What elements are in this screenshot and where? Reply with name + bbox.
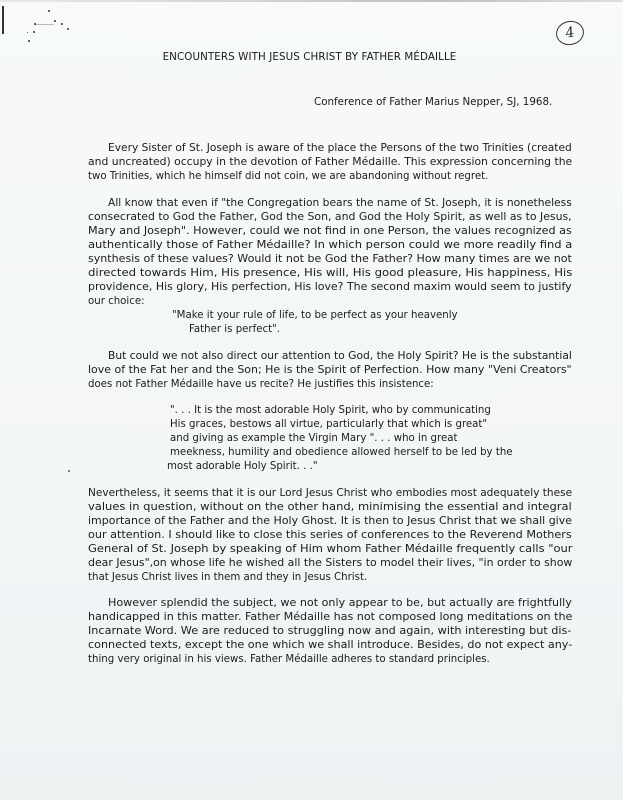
text-line: importance of the Father and the Holy Gh…: [88, 515, 572, 529]
quote-line: most adorable Holy Spirit. . .": [167, 460, 318, 474]
quote-line: Father is perfect".: [189, 323, 280, 337]
text-line: thing very original in his views. Father…: [88, 653, 490, 667]
document-subtitle: Conference of Father Marius Nepper, SJ, …: [314, 96, 552, 108]
page-left-edge-mark: [2, 6, 4, 34]
text-line: love of the Fat her and the Son; He is t…: [88, 364, 572, 378]
quote-line: meekness, humility and obedience allowed…: [170, 446, 513, 460]
text-line: values in question, without on the other…: [88, 501, 572, 515]
document-title: ENCOUNTERS WITH JESUS CHRIST BY FATHER M…: [0, 51, 621, 63]
text-line: All know that even if "the Congregation …: [108, 197, 572, 211]
quote-line: His graces, bestows all virtue, particul…: [170, 418, 487, 432]
text-line: synthesis of these values? Would it not …: [88, 253, 572, 267]
text-line: dear Jesus",on whose life he wished all …: [88, 557, 572, 571]
text-line: directed towards Him, His presence, His …: [88, 267, 572, 281]
handwritten-page-number: 4: [554, 18, 586, 47]
quote-line: and giving as example the Virgin Mary ".…: [170, 432, 457, 446]
text-line: However splendid the subject, we not onl…: [108, 597, 572, 611]
text-line: our attention. I should like to close th…: [88, 529, 572, 543]
text-line: does not Father Médaille have us recite?…: [88, 378, 434, 392]
text-line: Every Sister of St. Joseph is aware of t…: [108, 142, 572, 156]
quote-line: "Make it your rule of life, to be perfec…: [172, 309, 458, 323]
page-top-edge: [0, 0, 623, 2]
text-line: our choice:: [88, 295, 145, 309]
text-line: handicapped in this matter. Father Médai…: [88, 611, 572, 625]
text-line: But could we not also direct our attenti…: [108, 350, 572, 364]
text-line: consecrated to God the Father, God the S…: [88, 211, 572, 225]
quote-line: ". . . It is the most adorable Holy Spir…: [170, 404, 491, 418]
text-line: and uncreated) occupy in the devotion of…: [88, 156, 572, 170]
text-line: Mary and Joseph". However, could we not …: [88, 225, 572, 239]
scanned-page: 4 ENCOUNTERS WITH JESUS CHRIST BY FATHER…: [0, 0, 623, 800]
text-line: connected texts, except the one which we…: [88, 639, 572, 653]
text-line: two Trinities, which he himself did not …: [88, 170, 488, 184]
stray-ink-dot: [68, 470, 70, 472]
text-line: Nevertheless, it seems that it is our Lo…: [88, 487, 572, 501]
text-line: General of St. Joseph by speaking of Him…: [88, 543, 572, 557]
stray-ink-marks: [20, 8, 70, 48]
text-line: that Jesus Christ lives in them and they…: [88, 571, 367, 585]
text-line: authentically those of Father Médaille? …: [88, 239, 572, 253]
text-line: Incarnate Word. We are reduced to strugg…: [88, 625, 571, 639]
text-line: providence, His glory, His perfection, H…: [88, 281, 572, 295]
